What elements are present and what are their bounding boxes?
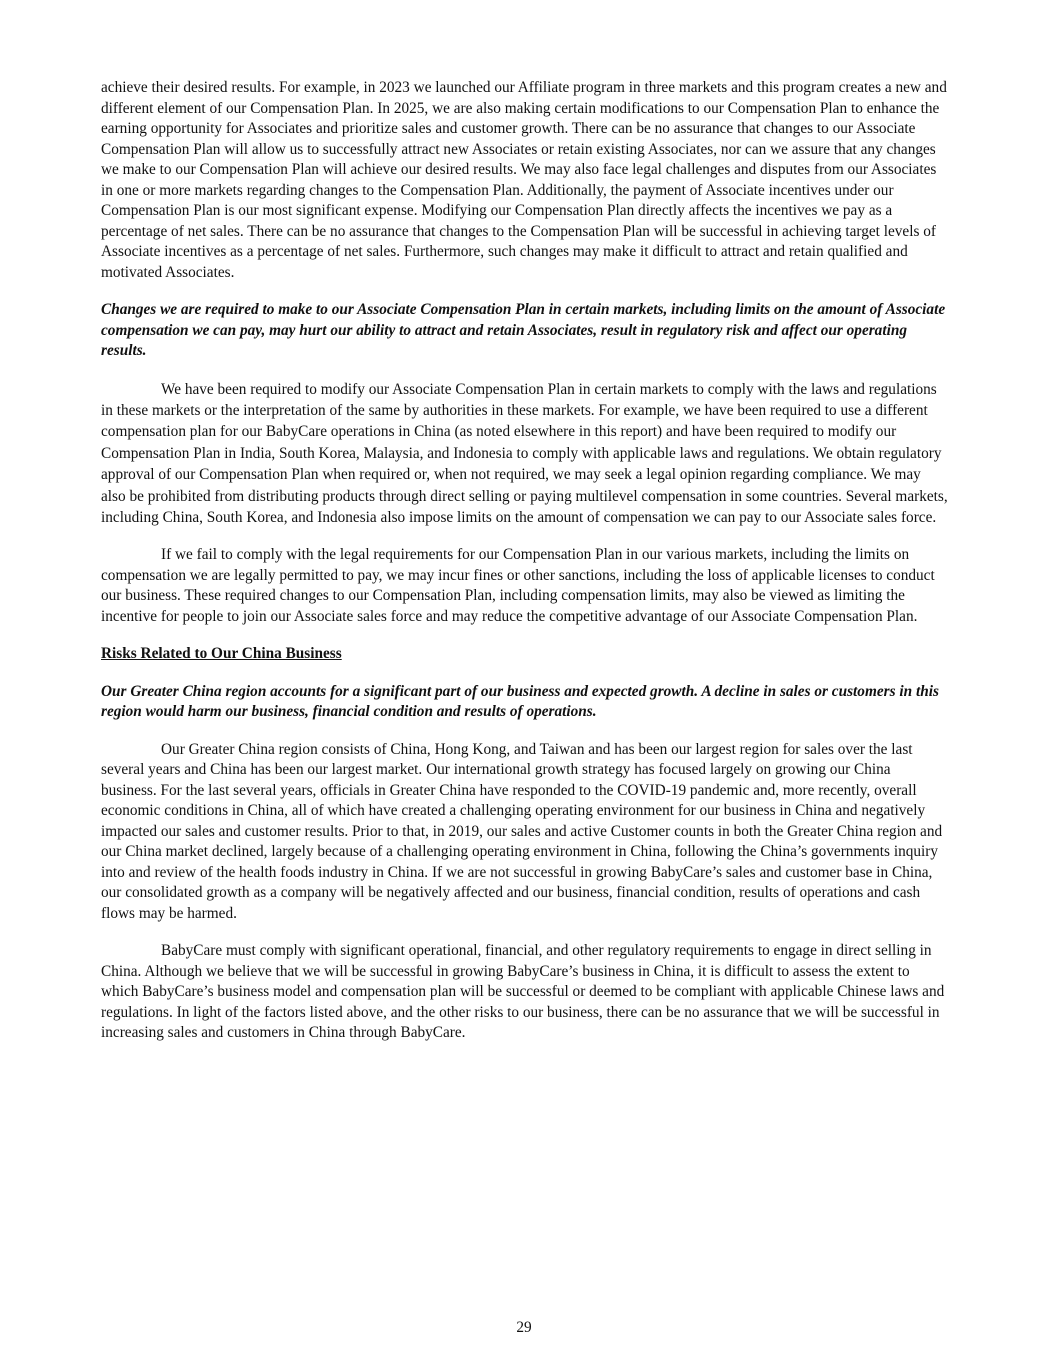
body-paragraph-market-modifications: We have been required to modify our Asso… [101, 379, 949, 529]
body-paragraph-greater-china-region: Our Greater China region consists of Chi… [101, 740, 949, 925]
body-paragraph-compensation-plan-changes: achieve their desired results. For examp… [101, 78, 949, 283]
risk-factor-heading-greater-china: Our Greater China region accounts for a … [101, 682, 949, 723]
body-paragraph-babycare-compliance: BabyCare must comply with significant op… [101, 941, 949, 1044]
section-heading-china-risks: Risks Related to Our China Business [101, 644, 949, 665]
risk-factor-heading-compensation-limits: Changes we are required to make to our A… [101, 300, 949, 362]
body-paragraph-compliance-failure: If we fail to comply with the legal requ… [101, 545, 949, 627]
page-number: 29 [0, 1318, 1048, 1338]
document-page: achieve their desired results. For examp… [101, 78, 949, 1061]
